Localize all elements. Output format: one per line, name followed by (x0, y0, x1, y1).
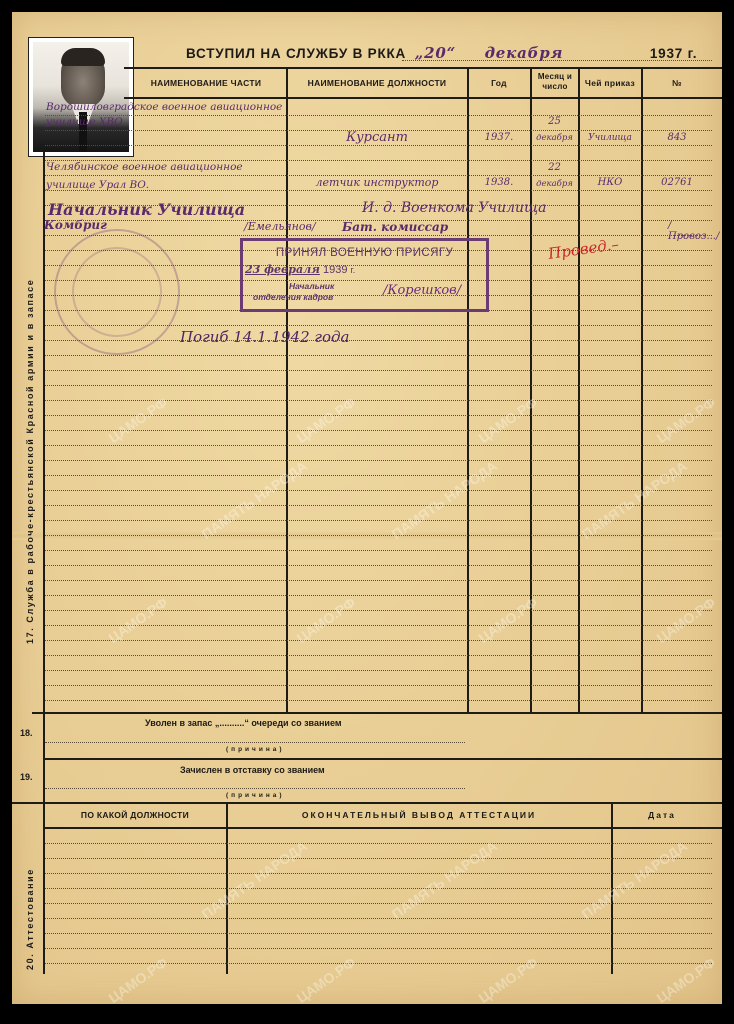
row1-year: 1937. (468, 132, 530, 143)
section17-side-label: 17. Служба в рабоче-крестьянской Красной… (25, 279, 35, 644)
signature-rank: Комбриг (44, 218, 107, 232)
row2-month: декабря (531, 179, 578, 189)
row2-year: 1938. (468, 177, 530, 188)
section20-side-label: 20. Аттестование (25, 868, 35, 970)
watermark-camo: ЦАМО.РФ (476, 954, 541, 1006)
row2-unit: Челябинское военное авиационное училище … (46, 158, 286, 194)
watermark-camo: ЦАМО.РФ (294, 394, 359, 446)
section19-reason: (причина) (226, 792, 285, 799)
watermark-camo: ЦАМО.РФ (106, 954, 171, 1006)
oath-dept-label: отделения кадров (253, 292, 333, 302)
entry-year: 1937 (650, 46, 683, 61)
row1-position: Курсант (288, 130, 466, 145)
round-seal-inner (72, 247, 162, 337)
row2-position: летчик инструктор (288, 176, 466, 189)
watermark-camo: ЦАМО.РФ (106, 594, 171, 646)
signature-chief-title: Начальник Училища (48, 200, 245, 219)
watermark-pamyat-naroda: ПАМЯТЬ НАРОДА (199, 458, 310, 543)
watermark-pamyat-naroda: ПАМЯТЬ НАРОДА (579, 458, 690, 543)
signature-provoz: /Провоз.../ (668, 220, 722, 242)
title-prefix: ВСТУПИЛ НА СЛУЖБУ В РККА (186, 46, 406, 61)
section18-reason: (причина) (226, 746, 285, 753)
header-attestation-position: ПО КАКОЙ ДОЛЖНОСТИ (45, 810, 225, 820)
signature-name-emelyanov: /Емельянов/ (244, 220, 316, 233)
portrait-photo (28, 37, 134, 157)
death-note: Погиб 14.1.1942 года (180, 328, 349, 346)
watermark-pamyat-naroda: ПАМЯТЬ НАРОДА (579, 838, 690, 923)
row2-order-by: НКО (579, 177, 641, 188)
row1-order-by: Училища (579, 133, 641, 143)
entry-year-suffix: г. (688, 46, 698, 61)
row2-day: 22 (531, 162, 578, 173)
oath-stamp: ПРИНЯЛ ВОЕННУЮ ПРИСЯГУ 23 февраля 1939 г… (240, 238, 489, 312)
red-annotation: Провед.– (547, 235, 620, 263)
signature-commissar-rank: Бат. комиссар (342, 220, 448, 234)
watermark-camo: ЦАМО.РФ (654, 394, 719, 446)
signature-commissar-title: И. д. Военкома Училища (362, 200, 546, 216)
section18-number: 18. (20, 728, 33, 738)
row1-number: 843 (642, 132, 712, 143)
oath-chief-label: Начальник (289, 281, 334, 291)
watermark-camo: ЦАМО.РФ (294, 594, 359, 646)
watermark-camo: ЦАМО.РФ (654, 594, 719, 646)
watermark-pamyat-naroda: ПАМЯТЬ НАРОДА (389, 838, 500, 923)
header-attestation-conclusion: ОКОНЧАТЕЛЬНЫЙ ВЫВОД АТТЕСТАЦИИ (228, 810, 610, 820)
header-number: № (642, 78, 712, 88)
section18-label: Уволен в запас „..........“ очереди со з… (145, 718, 342, 728)
oath-stamp-title: ПРИНЯЛ ВОЕННУЮ ПРИСЯГУ (243, 247, 486, 259)
section19-label: Зачислен в отставку со званием (180, 765, 325, 775)
row1-unit: Ворошиловградское военное авиационное уч… (46, 100, 286, 130)
watermark-camo: ЦАМО.РФ (294, 954, 359, 1006)
watermark-camo: ЦАМО.РФ (106, 394, 171, 446)
oath-signature: /Корешков/ (383, 283, 461, 298)
watermark-camo: ЦАМО.РФ (654, 954, 719, 1006)
header-order-by: Чей приказ (579, 78, 641, 88)
row1-day: 25 (531, 116, 578, 127)
header-month-day: Месяц и число (532, 72, 578, 92)
watermark-pamyat-naroda: ПАМЯТЬ НАРОДА (389, 458, 500, 543)
header-attestation-date: Дата (612, 810, 712, 820)
watermark-pamyat-naroda: ПАМЯТЬ НАРОДА (199, 838, 310, 923)
service-record-page: ВСТУПИЛ НА СЛУЖБУ В РККА „20“ декабря 19… (12, 12, 722, 1004)
header-unit-name: НАИМЕНОВАНИЕ ЧАСТИ (128, 78, 284, 88)
oath-date: 23 февраля (245, 263, 320, 276)
oath-year-suffix: г. (351, 265, 356, 275)
section19-number: 19. (20, 772, 33, 782)
row1-month: декабря (531, 133, 578, 143)
paper-fold (12, 532, 722, 540)
oath-year: 1939 (323, 264, 347, 276)
header-position-name: НАИМЕНОВАНИЕ ДОЛЖНОСТИ (288, 78, 466, 88)
header-year: Год (468, 78, 530, 88)
row2-number: 02761 (642, 177, 712, 188)
